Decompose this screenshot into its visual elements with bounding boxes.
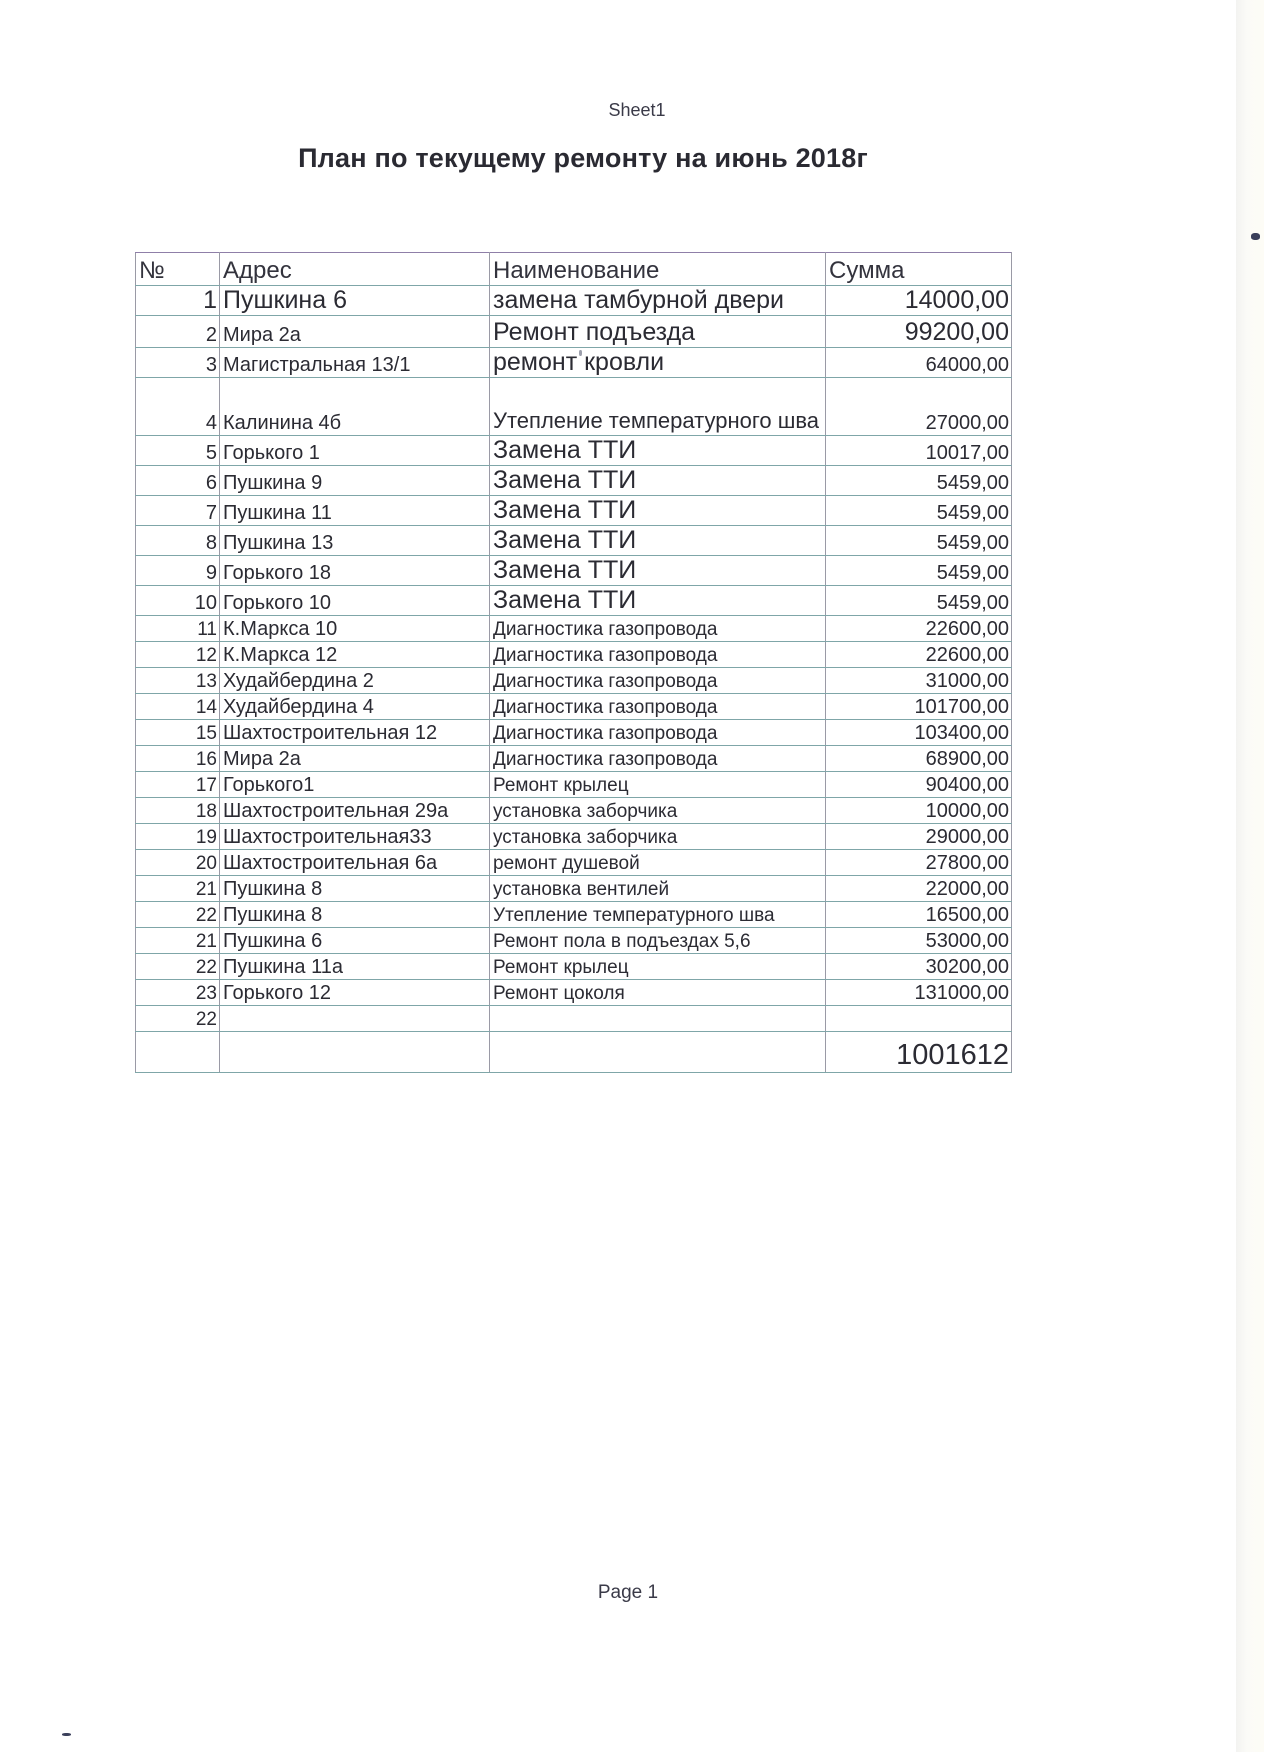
sum-cell: 99200,00 bbox=[826, 316, 1012, 348]
sum-cell: 64000,00 bbox=[826, 348, 1012, 378]
total-no-cell bbox=[136, 1032, 220, 1073]
table-row: 6Пушкина 9Замена ТТИ5459,00 bbox=[136, 466, 1012, 496]
repair-plan-table: № Адрес Наименование Сумма 1Пушкина 6зам… bbox=[135, 252, 1012, 1073]
row-number-cell: 18 bbox=[136, 798, 220, 824]
header-sum: Сумма bbox=[826, 253, 1012, 286]
sum-cell: 10017,00 bbox=[826, 436, 1012, 466]
work-name-cell: Замена ТТИ bbox=[490, 586, 826, 616]
address-cell: Пушкина 11а bbox=[220, 954, 490, 980]
table-row: 18Шахтостроительная 29аустановка заборчи… bbox=[136, 798, 1012, 824]
work-name-cell: Ремонт пола в подъездах 5,6 bbox=[490, 928, 826, 954]
total-row: 1001612 bbox=[136, 1032, 1012, 1073]
work-name-cell: ремонт душевой bbox=[490, 850, 826, 876]
address-cell: Горького 1 bbox=[220, 436, 490, 466]
sum-cell: 27000,00 bbox=[826, 378, 1012, 436]
table-row: 22Пушкина 11аРемонт крылец30200,00 bbox=[136, 954, 1012, 980]
table-header-row: № Адрес Наименование Сумма bbox=[136, 253, 1012, 286]
table-row: 15Шахтостроительная 12Диагностика газопр… bbox=[136, 720, 1012, 746]
sum-cell: 16500,00 bbox=[826, 902, 1012, 928]
page-footer: Page 1 bbox=[0, 1582, 1256, 1604]
row-number-cell: 22 bbox=[136, 902, 220, 928]
row-number-cell: 6 bbox=[136, 466, 220, 496]
sum-cell: 10000,00 bbox=[826, 798, 1012, 824]
work-name-cell: Ремонт крылец bbox=[490, 772, 826, 798]
sum-cell: 5459,00 bbox=[826, 496, 1012, 526]
address-cell: К.Маркса 12 bbox=[220, 642, 490, 668]
header-name: Наименование bbox=[490, 253, 826, 286]
scan-speck bbox=[1251, 233, 1260, 240]
address-cell: Шахтостроительная 29а bbox=[220, 798, 490, 824]
table-row: 10Горького 10Замена ТТИ5459,00 bbox=[136, 586, 1012, 616]
sum-cell: 90400,00 bbox=[826, 772, 1012, 798]
header-address: Адрес bbox=[220, 253, 490, 286]
row-number-cell: 16 bbox=[136, 746, 220, 772]
work-name-cell: Диагностика газопровода bbox=[490, 694, 826, 720]
sum-cell: 22000,00 bbox=[826, 876, 1012, 902]
address-cell: Шахтостроительная 12 bbox=[220, 720, 490, 746]
row-number-cell: 4 bbox=[136, 378, 220, 436]
table-row: 23Горького 12Ремонт цоколя131000,00 bbox=[136, 980, 1012, 1006]
table-row: 13Худайбердина 2Диагностика газопровода3… bbox=[136, 668, 1012, 694]
table-row: 3Магистральная 13/1ремонт кровли64000,00 bbox=[136, 348, 1012, 378]
table-row: 14Худайбердина 4Диагностика газопровода1… bbox=[136, 694, 1012, 720]
row-number-cell: 2 bbox=[136, 316, 220, 348]
row-number-cell: 9 bbox=[136, 556, 220, 586]
table-row: 12К.Маркса 12Диагностика газопровода2260… bbox=[136, 642, 1012, 668]
work-name-cell: Диагностика газопровода bbox=[490, 616, 826, 642]
table-row: 5Горького 1Замена ТТИ10017,00 bbox=[136, 436, 1012, 466]
address-cell bbox=[220, 1006, 490, 1032]
sheet-label: Sheet1 bbox=[0, 100, 1264, 121]
table-row: 19Шахтостроительная33установка заборчика… bbox=[136, 824, 1012, 850]
sum-cell: 27800,00 bbox=[826, 850, 1012, 876]
sum-cell: 53000,00 bbox=[826, 928, 1012, 954]
work-name-cell: Диагностика газопровода bbox=[490, 642, 826, 668]
work-name-cell: Утепление температурного шва bbox=[490, 378, 826, 436]
work-name-cell: замена тамбурной двери bbox=[490, 286, 826, 316]
row-number-cell: 23 bbox=[136, 980, 220, 1006]
address-cell: Худайбердина 4 bbox=[220, 694, 490, 720]
address-cell: Горького 12 bbox=[220, 980, 490, 1006]
table-row: 9Горького 18Замена ТТИ5459,00 bbox=[136, 556, 1012, 586]
total-address-cell bbox=[220, 1032, 490, 1073]
sum-cell: 22600,00 bbox=[826, 642, 1012, 668]
row-number-cell: 12 bbox=[136, 642, 220, 668]
sum-cell: 30200,00 bbox=[826, 954, 1012, 980]
work-name-cell: Ремонт цоколя bbox=[490, 980, 826, 1006]
address-cell: Пушкина 11 bbox=[220, 496, 490, 526]
address-cell: Пушкина 8 bbox=[220, 876, 490, 902]
table-row: 22 bbox=[136, 1006, 1012, 1032]
row-number-cell: 10 bbox=[136, 586, 220, 616]
sum-cell: 68900,00 bbox=[826, 746, 1012, 772]
sum-cell: 14000,00 bbox=[826, 286, 1012, 316]
address-cell: Шахтостроительная33 bbox=[220, 824, 490, 850]
work-name-cell bbox=[490, 1006, 826, 1032]
row-number-cell: 3 bbox=[136, 348, 220, 378]
table-row: 2Мира 2аРемонт подъезда99200,00 bbox=[136, 316, 1012, 348]
document-title: План по текущему ремонту на июнь 2018г bbox=[0, 143, 1166, 174]
sum-cell: 5459,00 bbox=[826, 586, 1012, 616]
work-name-cell: установка вентилей bbox=[490, 876, 826, 902]
work-name-cell: Утепление температурного шва bbox=[490, 902, 826, 928]
work-name-cell: Диагностика газопровода bbox=[490, 720, 826, 746]
row-number-cell: 22 bbox=[136, 954, 220, 980]
address-cell: Шахтостроительная 6а bbox=[220, 850, 490, 876]
row-number-cell: 21 bbox=[136, 876, 220, 902]
row-number-cell: 1 bbox=[136, 286, 220, 316]
total-name-cell bbox=[490, 1032, 826, 1073]
work-name-cell: Замена ТТИ bbox=[490, 556, 826, 586]
address-cell: Мира 2а bbox=[220, 316, 490, 348]
address-cell: Пушкина 6 bbox=[220, 286, 490, 316]
address-cell: Пушкина 8 bbox=[220, 902, 490, 928]
work-name-cell: Ремонт подъезда bbox=[490, 316, 826, 348]
address-cell: Худайбердина 2 bbox=[220, 668, 490, 694]
table-row: 8Пушкина 13Замена ТТИ5459,00 bbox=[136, 526, 1012, 556]
table-row: 21Пушкина 8установка вентилей22000,00 bbox=[136, 876, 1012, 902]
address-cell: Пушкина 9 bbox=[220, 466, 490, 496]
total-sum: 1001612 bbox=[826, 1032, 1012, 1073]
table-row: 7Пушкина 11Замена ТТИ5459,00 bbox=[136, 496, 1012, 526]
scan-edge-shadow bbox=[1236, 0, 1264, 1752]
table-row: 1Пушкина 6замена тамбурной двери14000,00 bbox=[136, 286, 1012, 316]
address-cell: Горького 10 bbox=[220, 586, 490, 616]
sum-cell: 101700,00 bbox=[826, 694, 1012, 720]
work-name-cell: Замена ТТИ bbox=[490, 496, 826, 526]
work-name-cell: установка заборчика bbox=[490, 798, 826, 824]
sum-cell: 5459,00 bbox=[826, 466, 1012, 496]
sum-cell: 31000,00 bbox=[826, 668, 1012, 694]
address-cell: Пушкина 6 bbox=[220, 928, 490, 954]
row-number-cell: 5 bbox=[136, 436, 220, 466]
work-name-cell: Замена ТТИ bbox=[490, 436, 826, 466]
work-name-cell: Замена ТТИ bbox=[490, 466, 826, 496]
table-row: 20Шахтостроительная 6аремонт душевой2780… bbox=[136, 850, 1012, 876]
address-cell: К.Маркса 10 bbox=[220, 616, 490, 642]
row-number-cell: 15 bbox=[136, 720, 220, 746]
address-cell: Калинина 4б bbox=[220, 378, 490, 436]
row-number-cell: 14 bbox=[136, 694, 220, 720]
sum-cell: 5459,00 bbox=[826, 556, 1012, 586]
row-number-cell: 17 bbox=[136, 772, 220, 798]
row-number-cell: 13 bbox=[136, 668, 220, 694]
scan-speck bbox=[62, 1733, 71, 1736]
work-name-cell: Диагностика газопровода bbox=[490, 668, 826, 694]
work-name-cell: Замена ТТИ bbox=[490, 526, 826, 556]
row-number-cell: 19 bbox=[136, 824, 220, 850]
address-cell: Мира 2а bbox=[220, 746, 490, 772]
table-row: 4Калинина 4бУтепление температурного шва… bbox=[136, 378, 1012, 436]
row-number-cell: 7 bbox=[136, 496, 220, 526]
sum-cell: 103400,00 bbox=[826, 720, 1012, 746]
sum-cell: 22600,00 bbox=[826, 616, 1012, 642]
header-no: № bbox=[136, 253, 220, 286]
sum-cell: 29000,00 bbox=[826, 824, 1012, 850]
address-cell: Магистральная 13/1 bbox=[220, 348, 490, 378]
table-row: 21Пушкина 6Ремонт пола в подъездах 5,653… bbox=[136, 928, 1012, 954]
address-cell: Горького 18 bbox=[220, 556, 490, 586]
row-number-cell: 22 bbox=[136, 1006, 220, 1032]
address-cell: Пушкина 13 bbox=[220, 526, 490, 556]
row-number-cell: 8 bbox=[136, 526, 220, 556]
row-number-cell: 21 bbox=[136, 928, 220, 954]
address-cell: Горького1 bbox=[220, 772, 490, 798]
work-name-cell: Диагностика газопровода bbox=[490, 746, 826, 772]
table-row: 22Пушкина 8Утепление температурного шва1… bbox=[136, 902, 1012, 928]
sum-cell bbox=[826, 1006, 1012, 1032]
sum-cell: 5459,00 bbox=[826, 526, 1012, 556]
table-row: 11К.Маркса 10Диагностика газопровода2260… bbox=[136, 616, 1012, 642]
table-row: 17Горького1Ремонт крылец90400,00 bbox=[136, 772, 1012, 798]
work-name-cell: Ремонт крылец bbox=[490, 954, 826, 980]
row-number-cell: 11 bbox=[136, 616, 220, 642]
table-row: 16Мира 2аДиагностика газопровода68900,00 bbox=[136, 746, 1012, 772]
sum-cell: 131000,00 bbox=[826, 980, 1012, 1006]
work-name-cell: ремонт кровли bbox=[490, 348, 826, 378]
work-name-cell: установка заборчика bbox=[490, 824, 826, 850]
row-number-cell: 20 bbox=[136, 850, 220, 876]
